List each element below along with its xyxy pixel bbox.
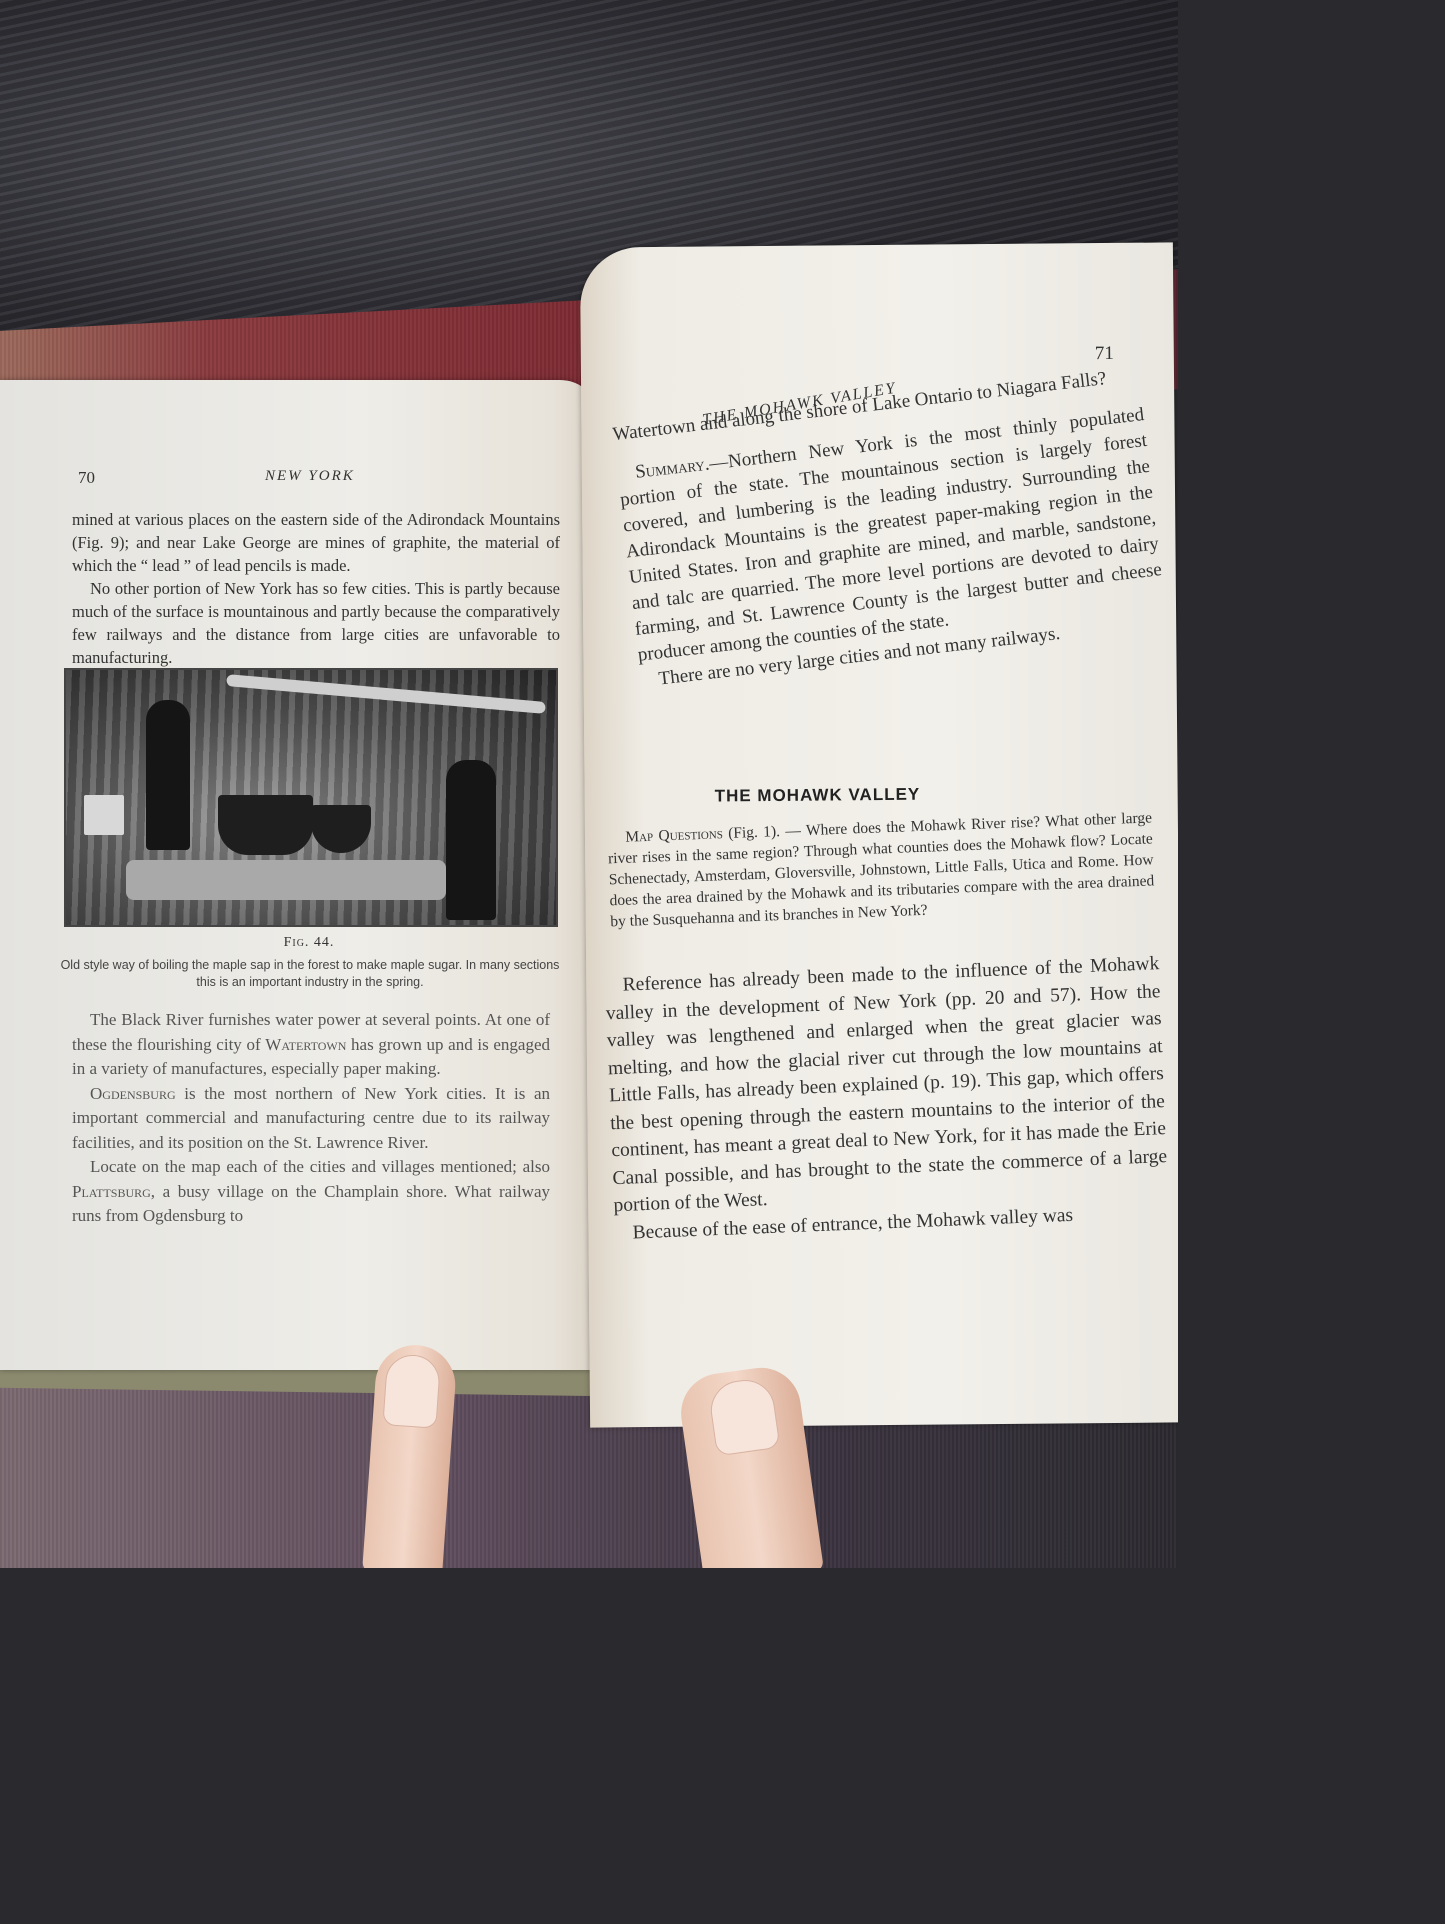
left-page: 70 NEW YORK mined at various places on t… (0, 380, 600, 1370)
right-page-top-text: Watertown and along the shore of Lake On… (611, 362, 1169, 694)
paragraph: mined at various places on the eastern s… (72, 508, 560, 577)
thumbnail (707, 1376, 780, 1456)
figure-caption: Old style way of boiling the maple sap i… (60, 957, 560, 991)
paragraph: No other portion of New York has so few … (72, 577, 560, 669)
paragraph: The Black River furnishes water power at… (72, 1008, 550, 1082)
left-page-bottom-text: The Black River furnishes water power at… (72, 1008, 550, 1229)
photo-fallen-log (126, 860, 446, 900)
paragraph: Ogdensburg is the most northern of New Y… (72, 1082, 550, 1156)
paragraph: Reference has already been made to the i… (604, 950, 1168, 1220)
photo-large-kettle (218, 795, 313, 855)
page-number-right: 71 (1095, 343, 1114, 365)
photo-man-left (146, 700, 190, 850)
photo-log (226, 674, 546, 714)
map-questions-paragraph: Map Questions (Fig. 1). — Where does the… (607, 807, 1155, 932)
photo-bucket (84, 795, 124, 835)
section-heading: THE MOHAWK VALLEY (715, 785, 921, 807)
map-questions-label: Map Questions (625, 825, 723, 846)
page-number-left: 70 (78, 468, 95, 488)
photo-small-kettle (311, 805, 371, 853)
city-name-watertown: Watertown (265, 1035, 346, 1054)
figure-maple-sugar-photo (64, 668, 558, 927)
map-questions: Map Questions (Fig. 1). — Where does the… (607, 807, 1155, 932)
summary-label: Summary. (634, 454, 710, 483)
running-head-left: NEW YORK (265, 468, 355, 485)
right-page: 71 THE MOHAWK VALLEY Watertown and along… (580, 242, 1178, 1427)
thumbnail (382, 1353, 441, 1429)
city-name-ogdensburg: Ogdensburg (90, 1084, 176, 1103)
paragraph: Locate on the map each of the cities and… (72, 1155, 550, 1229)
left-page-top-text: mined at various places on the eastern s… (72, 508, 560, 669)
city-name-plattsburg: Plattsburg (72, 1182, 151, 1201)
right-page-body-text: Reference has already been made to the i… (604, 950, 1170, 1247)
left-thumb (362, 1342, 458, 1568)
figure-label: Fig. 44. (64, 935, 554, 951)
photo-man-right (446, 760, 496, 920)
